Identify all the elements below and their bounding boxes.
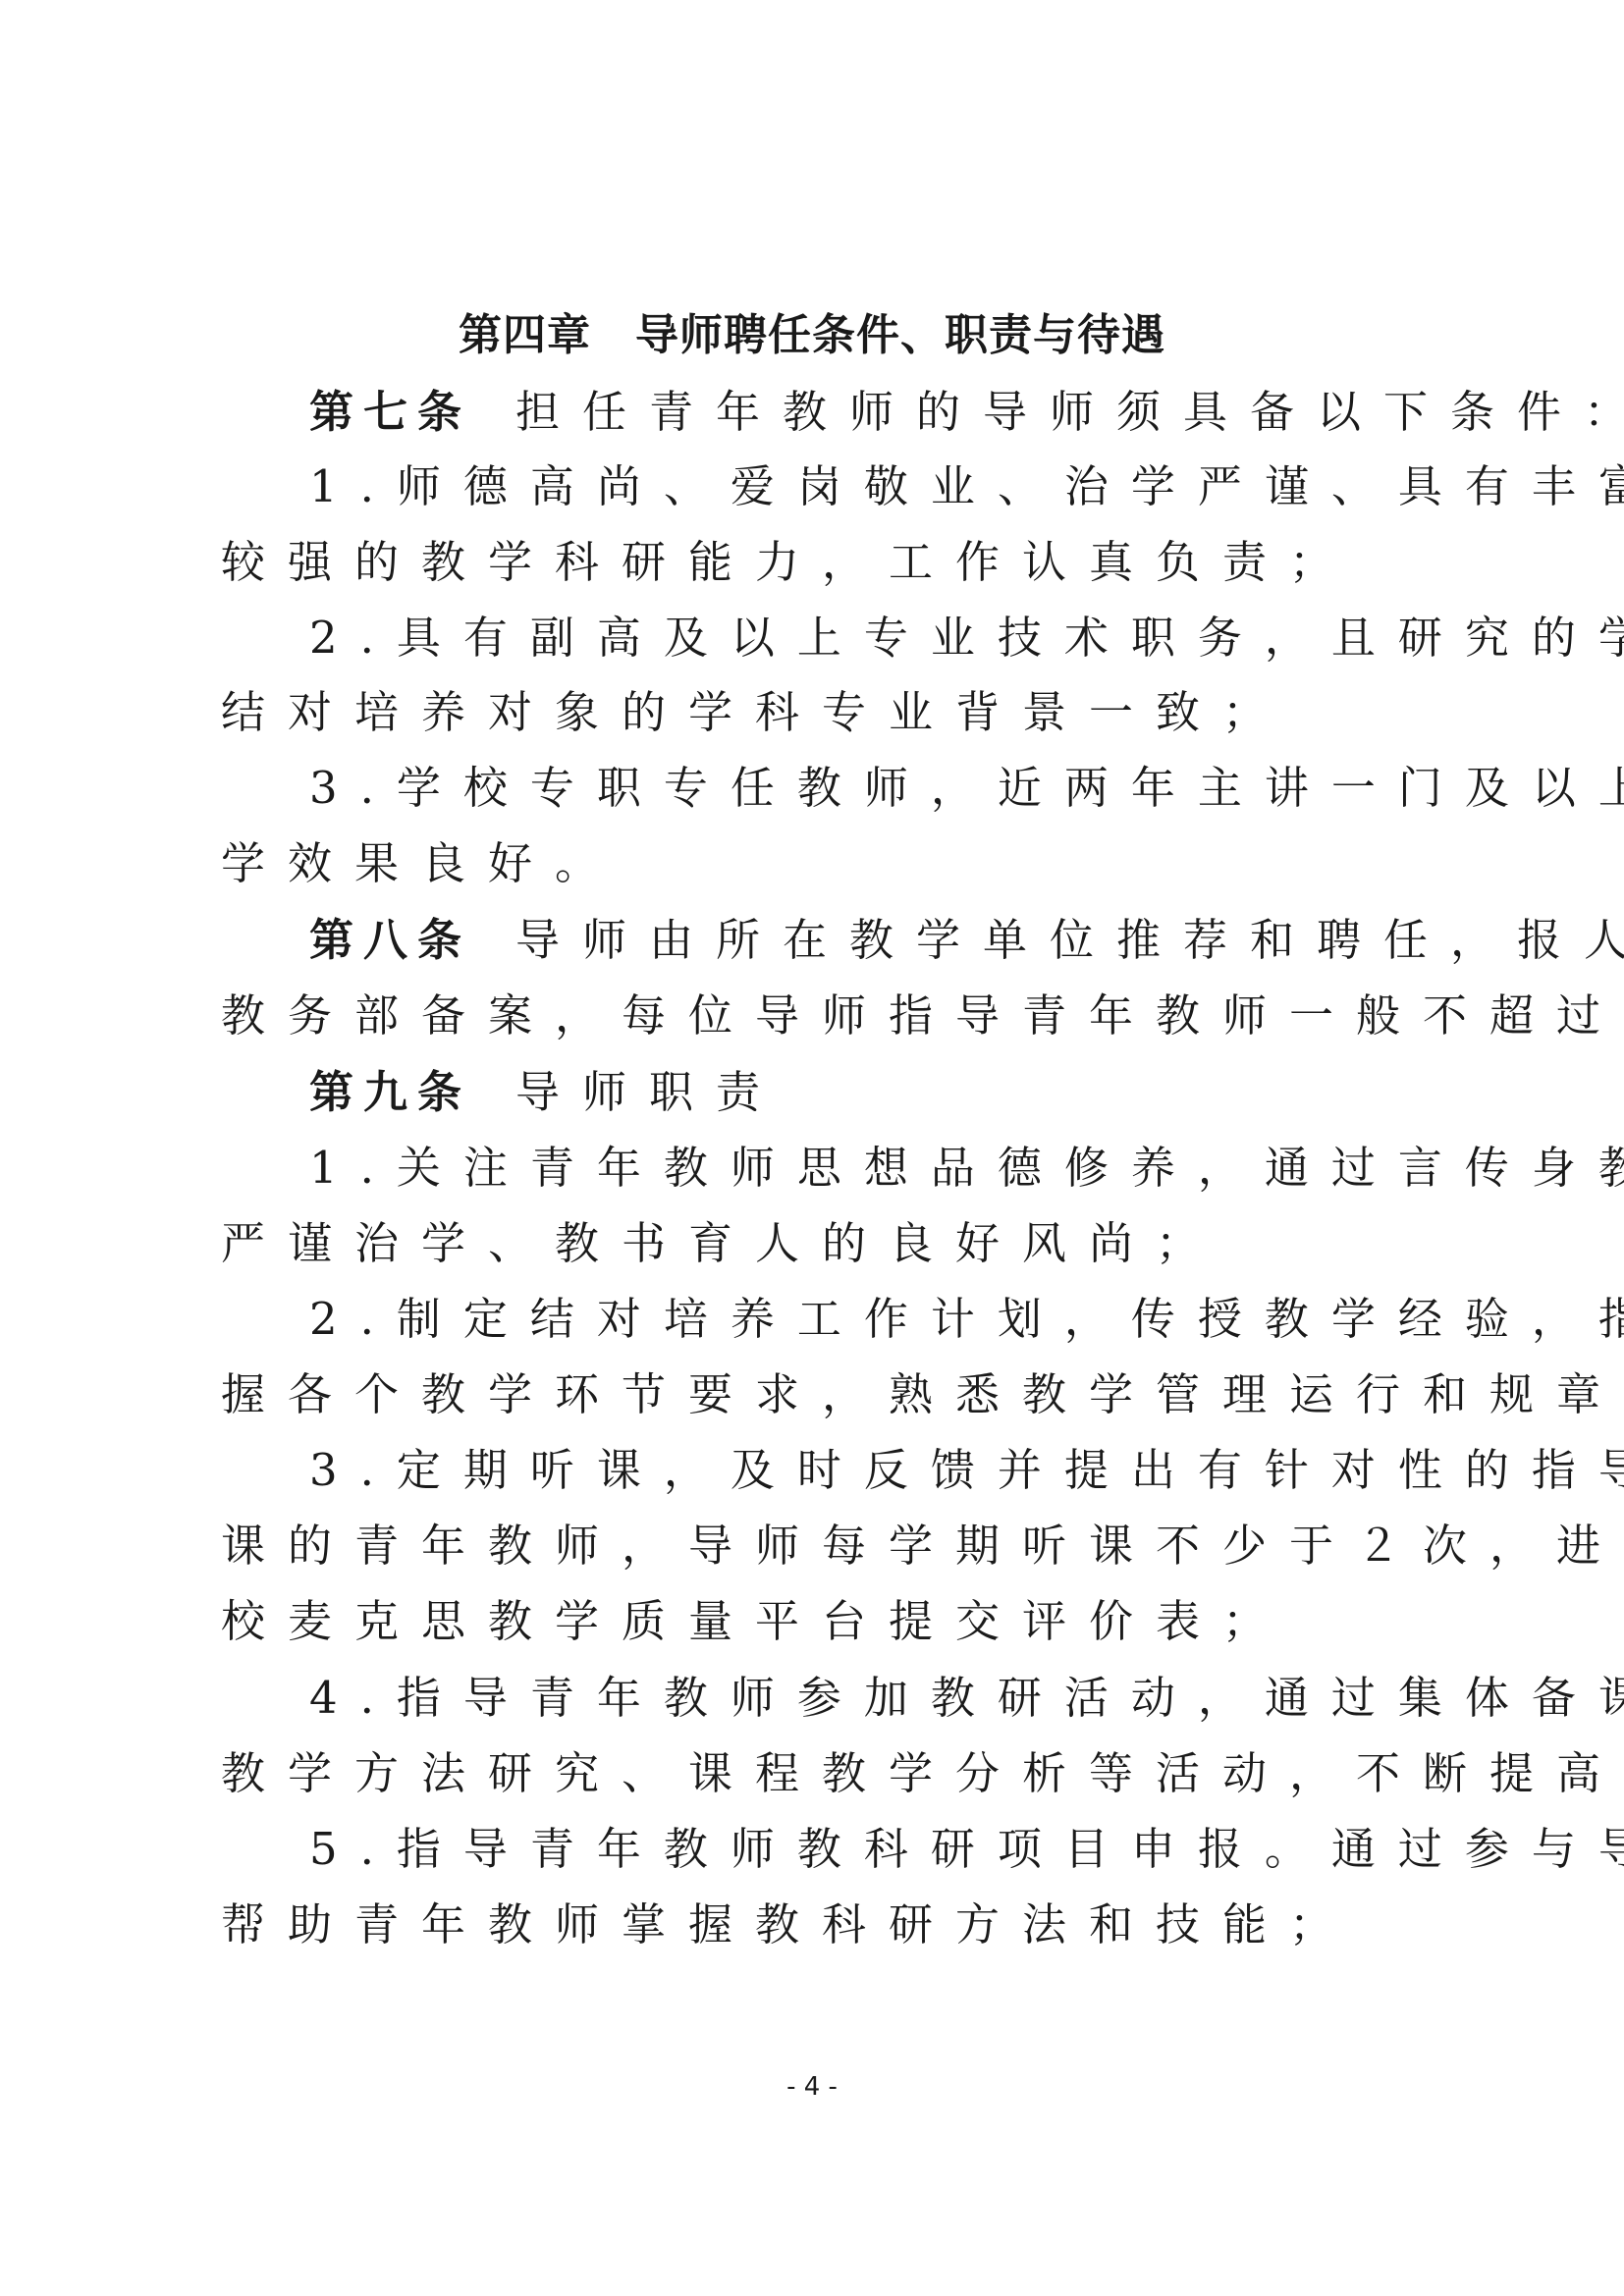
article-9-item-4-line-1: 4.指导青年教师参加教研活动，通过集体备课、教案讨论、 (309, 1669, 1624, 1728)
article-9-item-5-line-1: 5.指导青年教师教科研项目申报。通过参与导师教科研项目， (309, 1820, 1624, 1879)
article-7-label: 第七条 (309, 386, 471, 438)
chapter-title: 第四章 导师聘任条件、职责与待遇 (0, 306, 1624, 365)
article-7-intro: 担任青年教师的导师须具备以下条件： (515, 386, 1624, 438)
article-9-item-1-line-1: 1.关注青年教师思想品德修养，通过言传身教，帮助其养成 (309, 1139, 1624, 1198)
article-9-intro: 导师职责 (515, 1066, 783, 1118)
article-8-label: 第八条 (309, 914, 471, 966)
article-7-item-2-line-2: 结对培养对象的学科专业背景一致； (221, 683, 1289, 742)
article-7-heading: 第七条 担任青年教师的导师须具备以下条件： (309, 383, 1624, 442)
article-9-item-3-line-2: 课的青年教师，导师每学期听课不少于２次，进行指导，并在学 (221, 1517, 1624, 1575)
article-9-label: 第九条 (309, 1066, 471, 1118)
article-9-item-4-line-2: 教学方法研究、课程教学分析等活动，不断提高教育教学水平； (221, 1744, 1624, 1803)
article-8-text: 导师由所在教学单位推荐和聘任，报人力资源部和 (515, 914, 1624, 966)
article-7-item-1-line-1: 1.师德高尚、爱岗敬业、治学严谨、具有丰富的教学经验和 (309, 457, 1624, 516)
page-number: - 4 - (0, 2069, 1624, 2105)
article-9-item-1-line-2: 严谨治学、教书育人的良好风尚； (221, 1214, 1222, 1273)
article-9-item-2-line-1: 2.制定结对培养工作计划，传授教学经验，指导青年教师掌 (309, 1290, 1624, 1349)
article-7-item-3-line-1: 3.学校专职专任教师，近两年主讲一门及以上本科课程，教 (309, 759, 1624, 818)
article-9-item-3-line-3: 校麦克思教学质量平台提交评价表； (221, 1592, 1289, 1651)
article-7-item-2-line-1: 2.具有副高及以上专业技术职务，且研究的学科专业方向与 (309, 609, 1624, 667)
article-9-item-5-line-2: 帮助青年教师掌握教科研方法和技能； (221, 1896, 1356, 1954)
article-9-item-3-line-1: 3.定期听课，及时反馈并提出有针对性的指导意见。对已开 (309, 1441, 1624, 1500)
article-7-item-3-line-2: 学效果良好。 (221, 834, 622, 893)
document-page: 第四章 导师聘任条件、职责与待遇 第七条 担任青年教师的导师须具备以下条件： 1… (0, 0, 1624, 2296)
article-9-heading: 第九条 导师职责 (309, 1063, 783, 1122)
article-8-line-2: 教务部备案，每位导师指导青年教师一般不超过２名。 (221, 987, 1624, 1045)
article-8-line-1: 第八条 导师由所在教学单位推荐和聘任，报人力资源部和 (309, 911, 1624, 970)
article-9-item-2-line-2: 握各个教学环节要求，熟悉教学管理运行和规章制度； (221, 1365, 1624, 1424)
article-7-item-1-line-2: 较强的教学科研能力，工作认真负责； (221, 533, 1356, 592)
